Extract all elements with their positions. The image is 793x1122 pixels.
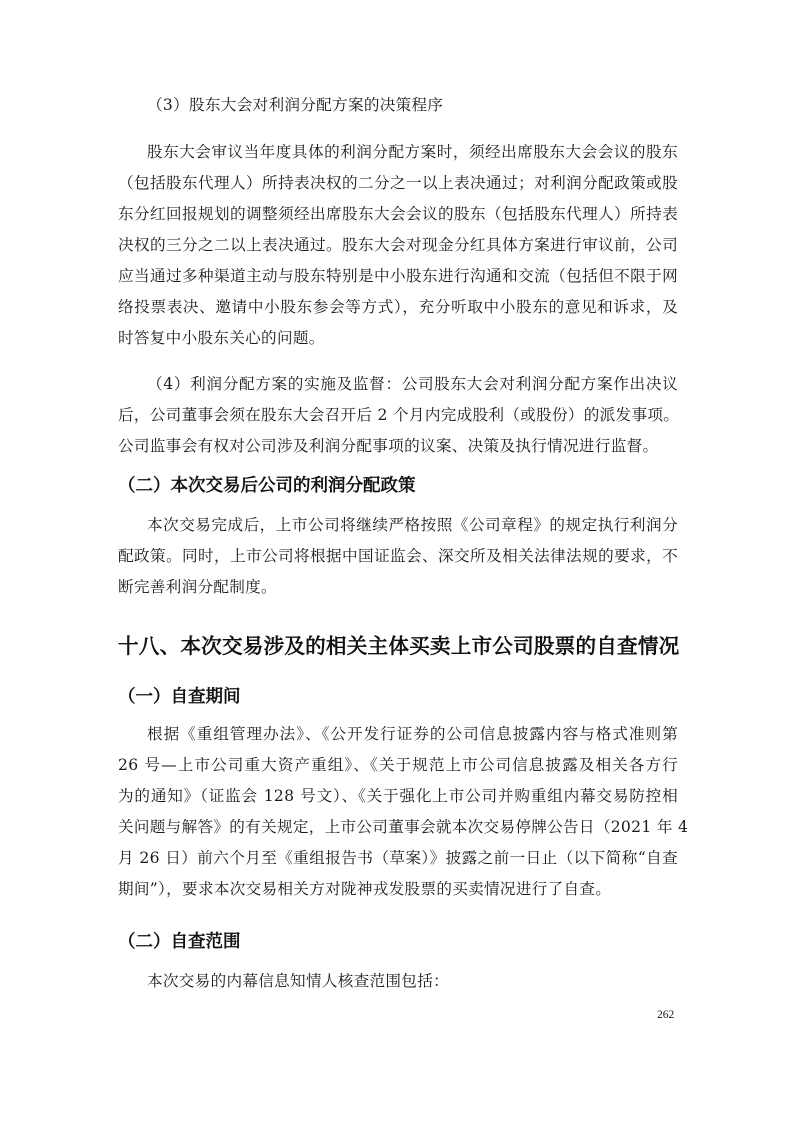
subheading-decision-procedure: （3）股东大会对利润分配方案的决策程序	[147, 95, 443, 115]
text-line: 应当通过多种渠道主动与股东特别是中小股东进行沟通和交流（包括但不限于网	[118, 266, 678, 286]
section-heading-self-inspection: 十八、本次交易涉及的相关主体买卖上市公司股票的自查情况	[118, 629, 678, 659]
text-line: 股东大会审议当年度具体的利润分配方案时，须经出席股东大会会议的股东	[147, 142, 678, 162]
text-line: 配政策。同时，上市公司将根据中国证监会、深交所及相关法律法规的要求，不	[118, 546, 678, 566]
text-line: 后，公司董事会须在股东大会召开后 2 个月内完成股利（或股份）的派发事项。	[118, 405, 678, 425]
heading-self-inspection-scope: （二）自查范围	[118, 928, 241, 953]
text-line: 决权的三分之二以上表决通过。股东大会对现金分红具体方案进行审议前，公司	[118, 235, 678, 255]
heading-self-inspection-period: （一）自查期间	[118, 683, 241, 708]
text-line: （4）利润分配方案的实施及监督：公司股东大会对利润分配方案作出决议	[147, 374, 678, 394]
paragraph-inspection-scope: 本次交易的内幕信息知情人核查范围包括：	[147, 971, 449, 991]
text-line: 本次交易完成后，上市公司将继续严格按照《公司章程》的规定执行利润分	[147, 515, 678, 535]
text-line: 断完善利润分配制度。	[118, 577, 678, 597]
text-line: 公司监事会有权对公司涉及利润分配事项的议案、决策及执行情况进行监督。	[118, 436, 678, 456]
text-line: 为的通知》（证监会 128 号文）、《关于强化上市公司并购重组内幕交易防控相	[118, 786, 678, 806]
text-line: 期间”），要求本次交易相关方对陇神戎发股票的买卖情况进行了自查。	[118, 879, 678, 899]
document-page: （3）股东大会对利润分配方案的决策程序 股东大会审议当年度具体的利润分配方案时，…	[0, 0, 793, 1122]
text-line: 月 26 日）前六个月至《重组报告书（草案）》披露之前一日止（以下简称“自查	[118, 848, 678, 868]
text-line: 根据《重组管理办法》、《公开发行证券的公司信息披露内容与格式准则第	[147, 724, 678, 744]
text-line: 东分红回报规划的调整须经出席股东大会会议的股东（包括股东代理人）所持表	[118, 204, 678, 224]
text-line: 关问题与解答》的有关规定，上市公司董事会就本次交易停牌公告日（2021 年 4	[118, 817, 678, 837]
text-line: 络投票表决、邀请中小股东参会等方式），充分听取中小股东的意见和诉求，及	[118, 297, 678, 317]
text-line: 26 号—上市公司重大资产重组》、《关于规范上市公司信息披露及相关各方行	[118, 755, 678, 775]
heading-profit-distribution-policy: （二）本次交易后公司的利润分配政策	[118, 472, 416, 497]
page-number: 262	[657, 1009, 674, 1021]
text-line: （包括股东代理人）所持表决权的二分之一以上表决通过；对利润分配政策或股	[118, 173, 678, 193]
text-line: 时答复中小股东关心的问题。	[118, 328, 678, 348]
